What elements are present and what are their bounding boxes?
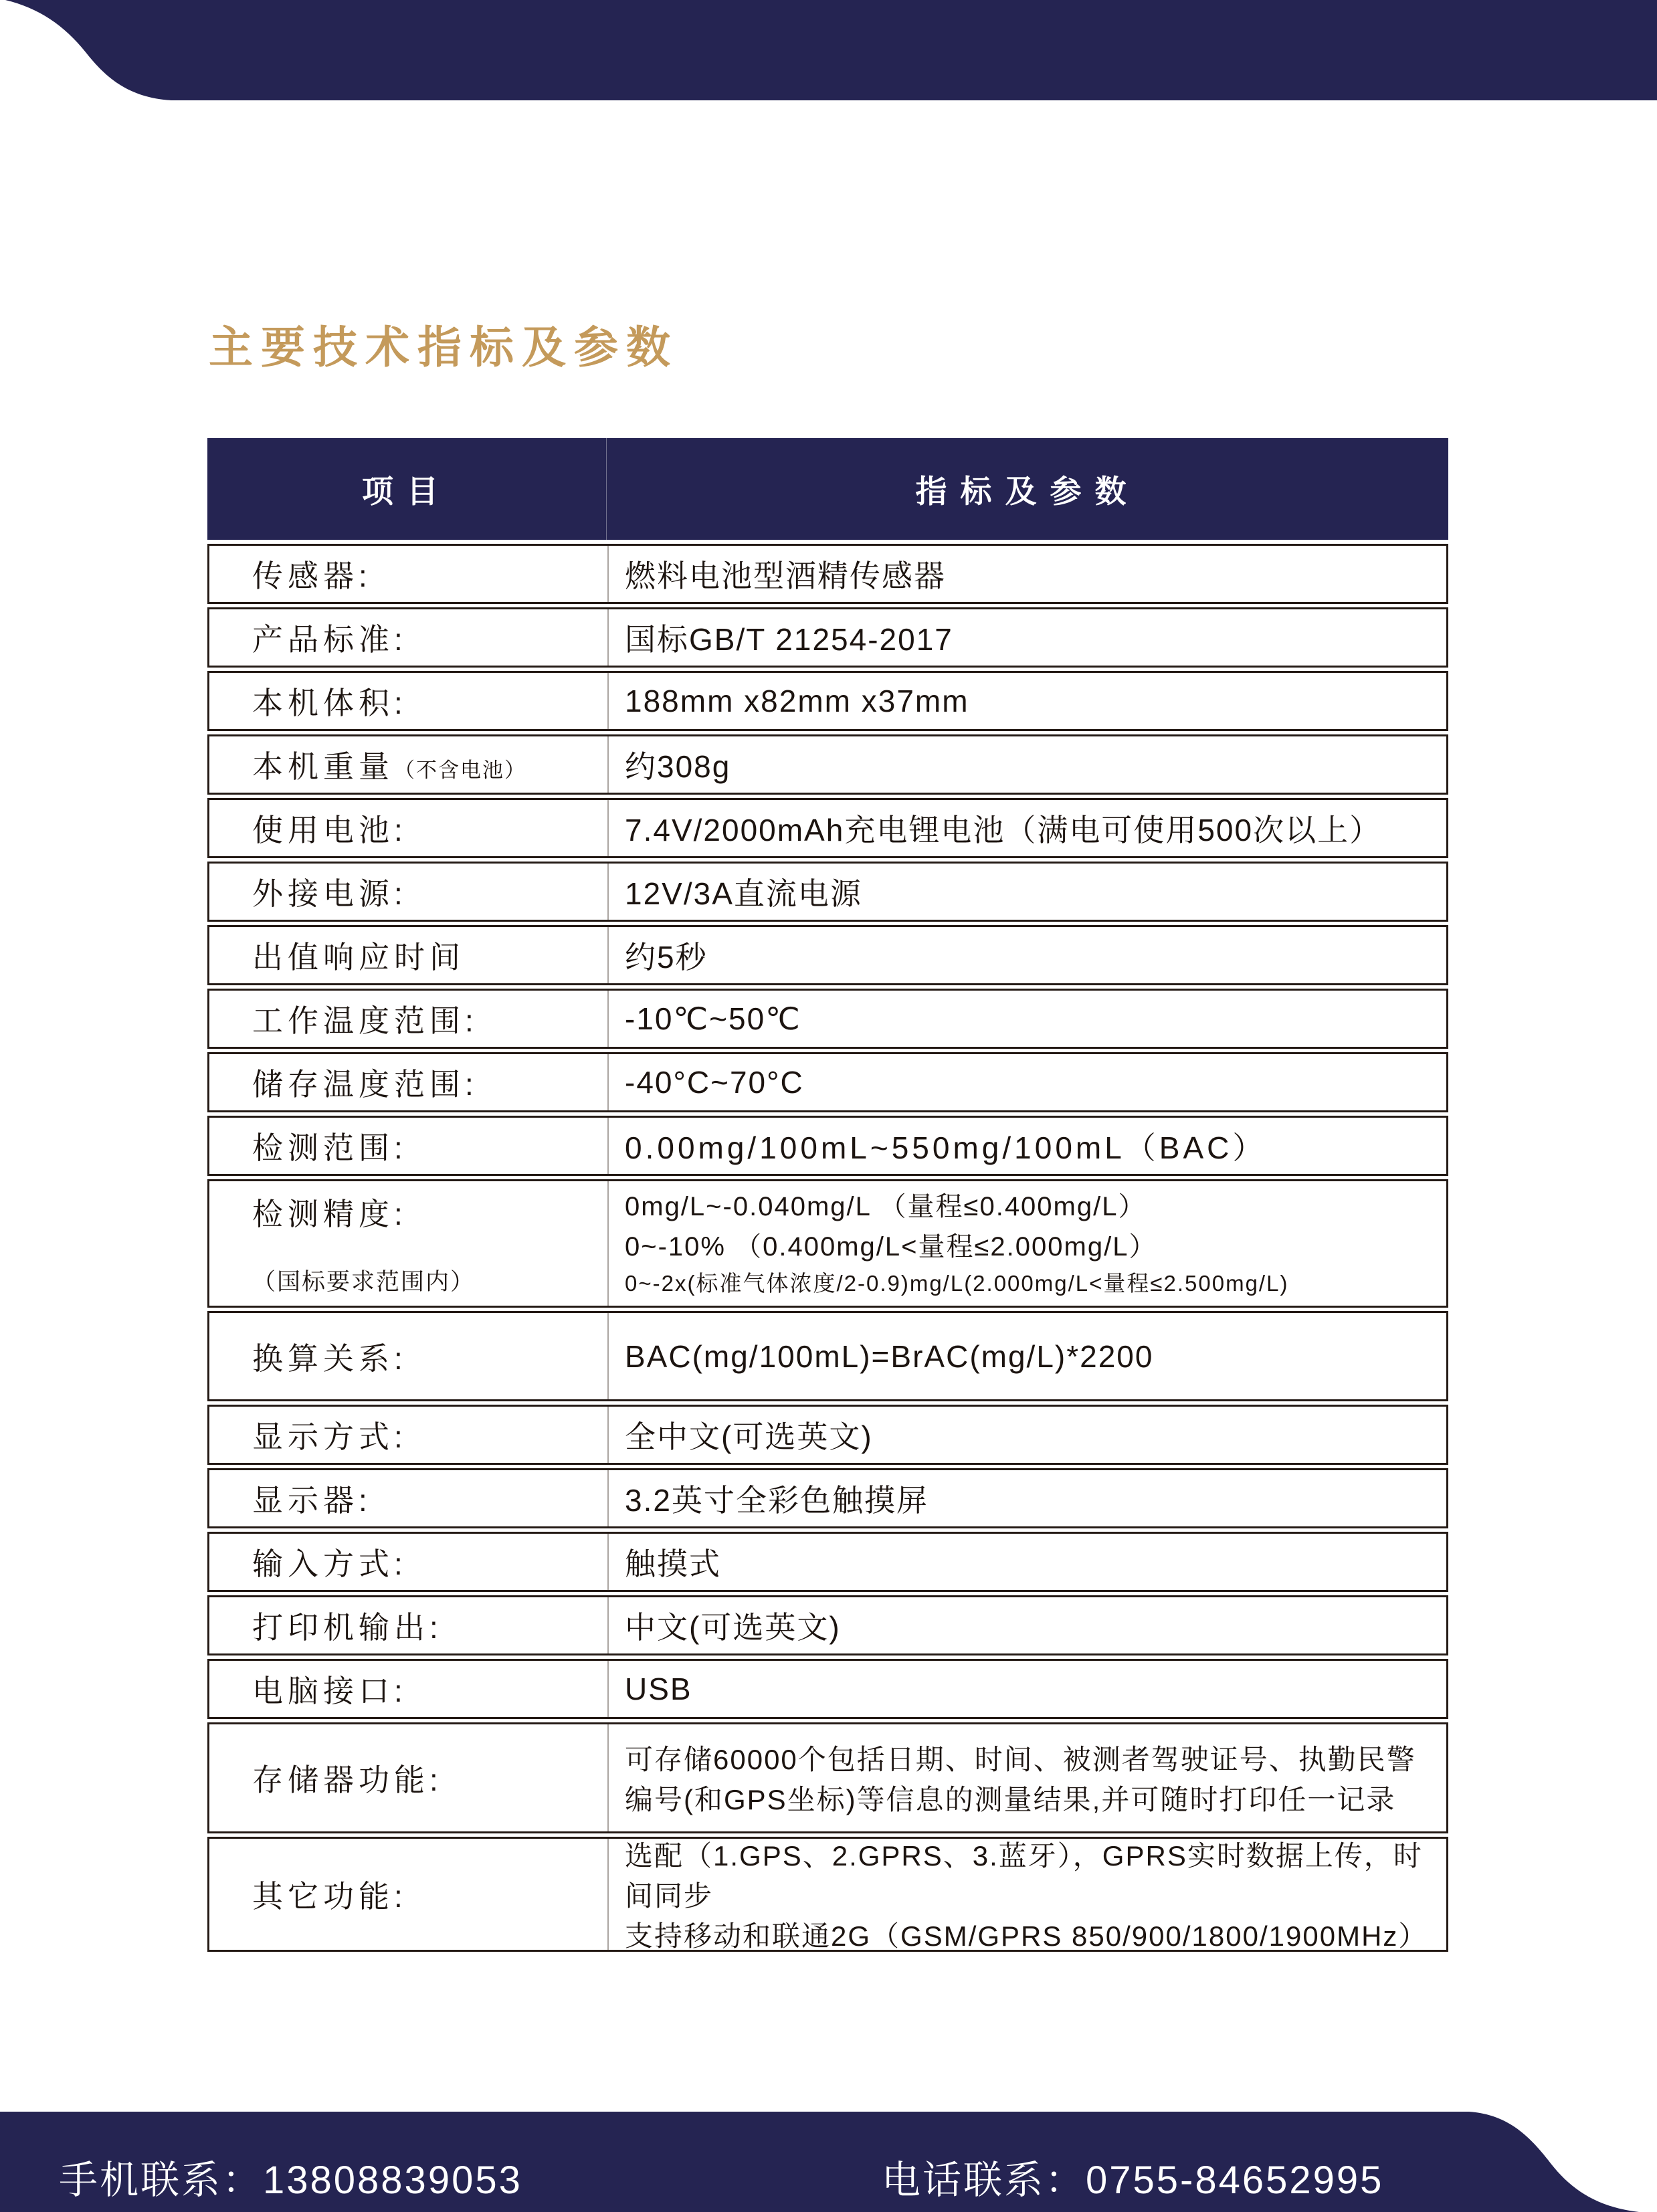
table-body: 传感器:燃料电池型酒精传感器产品标准:国标GB/T 21254-2017本机体积… [207, 544, 1448, 1952]
table-row: 本机体积:188mm x82mm x37mm [207, 671, 1448, 731]
table-row: 电脑接口:USB [207, 1659, 1448, 1719]
row-value: 中文(可选英文) [609, 1597, 1446, 1653]
header-band [0, 0, 1657, 102]
table-row: 换算关系:BAC(mg/100mL)=BrAC(mg/L)*2200 [207, 1311, 1448, 1401]
footer-mobile-label: 手机联系： [59, 2158, 263, 2202]
row-label-text: 本机重量（不含电池） [252, 742, 594, 787]
table-row: 储存温度范围:-40°C~70°C [207, 1052, 1448, 1112]
row-label-text: 打印机输出: [252, 1603, 594, 1647]
row-label: 打印机输出: [209, 1597, 609, 1653]
row-label-text: 出值响应时间 [252, 933, 594, 977]
table-row: 检测精度:（国标要求范围内）0mg/L~-0.040mg/L （量程≤0.400… [207, 1179, 1448, 1308]
table-row: 外接电源:12V/3A直流电源 [207, 862, 1448, 922]
row-value: 国标GB/T 21254-2017 [609, 609, 1446, 666]
table-row: 本机重量（不含电池）约308g [207, 734, 1448, 795]
row-label-text: 传感器: [252, 552, 594, 596]
table-row: 传感器:燃料电池型酒精传感器 [207, 544, 1448, 604]
row-value: 约308g [609, 736, 1446, 793]
table-row: 产品标准:国标GB/T 21254-2017 [207, 607, 1448, 668]
row-value: BAC(mg/100mL)=BrAC(mg/L)*2200 [609, 1313, 1446, 1399]
table-row: 显示器:3.2英寸全彩色触摸屏 [207, 1468, 1448, 1528]
header-band-shape [5, 0, 1657, 100]
page-title: 主要技术指标及参数 [209, 324, 678, 371]
row-value: 可存储60000个包括日期、时间、被测者驾驶证号、执勤民警 编号(和GPS坐标)… [609, 1724, 1446, 1831]
row-label-text: 换算关系: [252, 1334, 594, 1379]
table-header-params: 指标及参数 [607, 438, 1448, 540]
row-value: 3.2英寸全彩色触摸屏 [609, 1470, 1446, 1526]
row-label-text: 显示方式: [252, 1413, 594, 1457]
row-label-note: （不含电池） [394, 759, 526, 782]
row-label: 输入方式: [209, 1534, 609, 1590]
table-row: 出值响应时间约5秒 [207, 925, 1448, 985]
table-row: 使用电池:7.4V/2000mAh充电锂电池（满电可使用500次以上） [207, 798, 1448, 858]
row-value: 燃料电池型酒精传感器 [609, 546, 1446, 602]
row-label-text: 电脑接口: [252, 1667, 594, 1711]
row-value: -40°C~70°C [609, 1054, 1446, 1110]
row-label-text: 检测精度: [252, 1190, 594, 1234]
row-label: 出值响应时间 [209, 927, 609, 983]
table-row: 存储器功能:可存储60000个包括日期、时间、被测者驾驶证号、执勤民警 编号(和… [207, 1722, 1448, 1833]
row-label: 储存温度范围: [209, 1054, 609, 1110]
row-label-text: 检测范围: [252, 1124, 594, 1168]
row-label-subnote: （国标要求范围内） [252, 1264, 594, 1297]
table-row: 输入方式:触摸式 [207, 1532, 1448, 1592]
footer-mobile-contact: 手机联系：13808839053 [59, 2148, 522, 2205]
row-label-text: 产品标准: [252, 615, 594, 660]
row-label: 工作温度范围: [209, 991, 609, 1047]
row-label-text: 使用电池: [252, 806, 594, 850]
row-value: 触摸式 [609, 1534, 1446, 1590]
row-value: 7.4V/2000mAh充电锂电池（满电可使用500次以上） [609, 800, 1446, 856]
table-header-item: 项目 [207, 438, 607, 540]
row-label-text: 存储器功能: [252, 1756, 594, 1800]
row-label: 使用电池: [209, 800, 609, 856]
spec-table: 项目 指标及参数 传感器:燃料电池型酒精传感器产品标准:国标GB/T 21254… [207, 438, 1448, 1955]
row-value: 0.00mg/100mL~550mg/100mL（BAC） [609, 1118, 1446, 1174]
row-label: 电脑接口: [209, 1661, 609, 1717]
row-label: 产品标准: [209, 609, 609, 666]
footer-phone-contact: 电话联系：0755-84652995 [882, 2148, 1383, 2205]
row-value-line: 0~-10% （0.400mg/L<量程≤2.000mg/L） [625, 1227, 1438, 1267]
row-label: 检测精度:（国标要求范围内） [209, 1181, 609, 1306]
row-label-text: 显示器: [252, 1476, 594, 1520]
row-value: USB [609, 1661, 1446, 1717]
table-row: 检测范围:0.00mg/100mL~550mg/100mL（BAC） [207, 1116, 1448, 1176]
page: 主要技术指标及参数 项目 指标及参数 传感器:燃料电池型酒精传感器产品标准:国标… [0, 0, 1657, 2212]
row-label: 显示方式: [209, 1407, 609, 1463]
row-value: 0mg/L~-0.040mg/L （量程≤0.400mg/L）0~-10% （0… [609, 1181, 1446, 1306]
row-label-text: 输入方式: [252, 1540, 594, 1584]
row-value: 188mm x82mm x37mm [609, 673, 1446, 729]
row-label-text: 工作温度范围: [252, 997, 594, 1041]
table-row: 打印机输出:中文(可选英文) [207, 1595, 1448, 1655]
row-value-line: 0mg/L~-0.040mg/L （量程≤0.400mg/L） [625, 1187, 1438, 1227]
row-value: 12V/3A直流电源 [609, 864, 1446, 920]
row-label: 其它功能: [209, 1839, 609, 1950]
row-label-text: 外接电源: [252, 870, 594, 914]
footer-phone-number: 0755-84652995 [1086, 2158, 1383, 2202]
row-label: 存储器功能: [209, 1724, 609, 1831]
row-value: 选配（1.GPS、2.GPRS、3.蓝牙），GPRS实时数据上传，时间同步 支持… [609, 1839, 1446, 1950]
row-label: 换算关系: [209, 1313, 609, 1399]
row-label: 检测范围: [209, 1118, 609, 1174]
row-label: 外接电源: [209, 864, 609, 920]
footer-mobile-number: 13808839053 [263, 2158, 522, 2202]
row-label: 传感器: [209, 546, 609, 602]
row-label-text: 本机体积: [252, 679, 594, 723]
row-label: 本机体积: [209, 673, 609, 729]
table-row: 工作温度范围:-10℃~50℃ [207, 989, 1448, 1049]
row-value: 约5秒 [609, 927, 1446, 983]
footer-phone-label: 电话联系： [882, 2158, 1086, 2202]
row-label: 本机重量（不含电池） [209, 736, 609, 793]
row-value: -10℃~50℃ [609, 991, 1446, 1047]
row-value: 全中文(可选英文) [609, 1407, 1446, 1463]
table-header-row: 项目 指标及参数 [207, 438, 1448, 540]
table-row: 显示方式:全中文(可选英文) [207, 1405, 1448, 1465]
row-label-text: 其它功能: [252, 1872, 594, 1916]
row-label-text: 储存温度范围: [252, 1060, 594, 1104]
table-row: 其它功能:选配（1.GPS、2.GPRS、3.蓝牙），GPRS实时数据上传，时间… [207, 1837, 1448, 1952]
row-label: 显示器: [209, 1470, 609, 1526]
row-value-line: 0~-2x(标准气体浓度/2-0.9)mg/L(2.000mg/L<量程≤2.5… [625, 1267, 1438, 1300]
